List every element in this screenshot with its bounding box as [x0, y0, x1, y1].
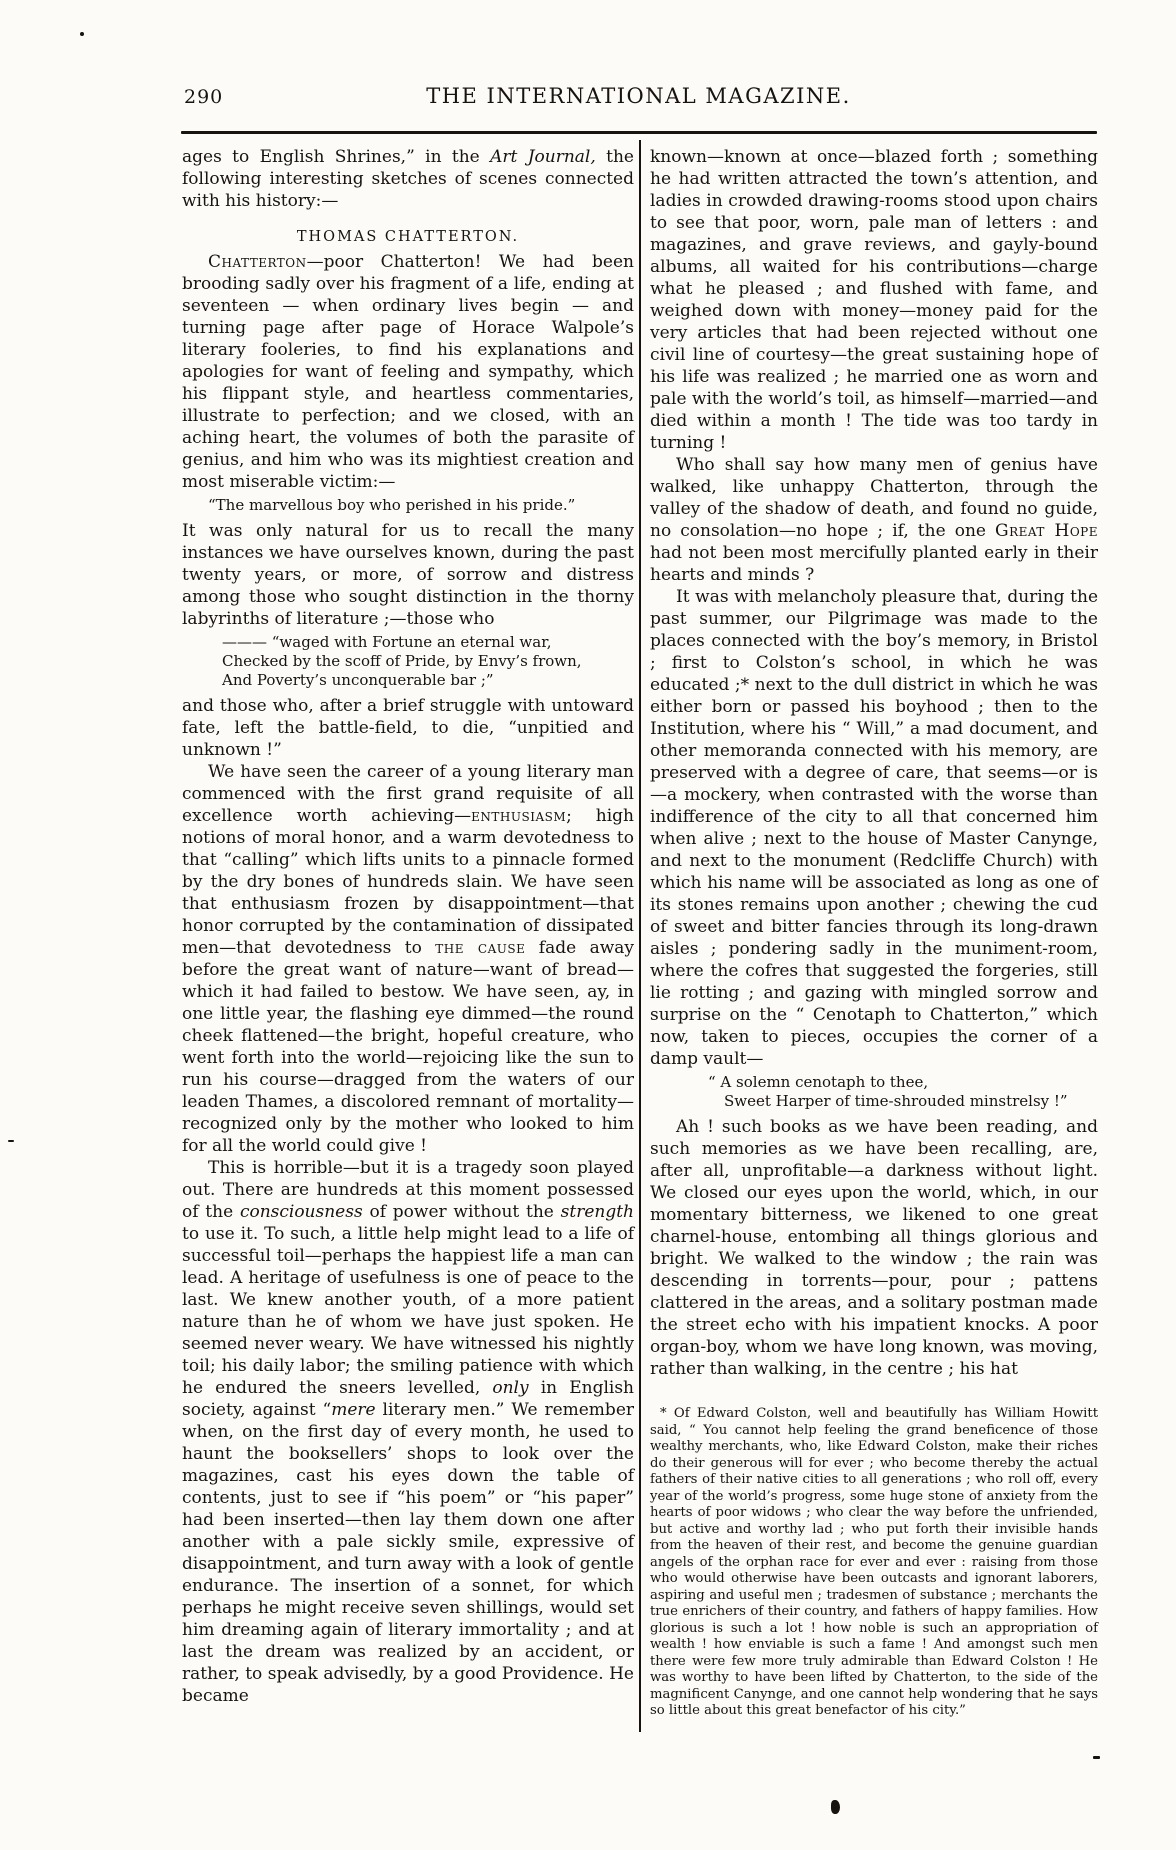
ink-speck — [8, 1140, 14, 1142]
text-run: Ah ! such books as we have been reading,… — [650, 1117, 1098, 1379]
text-run: * Of Edward Colston, well and beautifull… — [650, 1406, 1098, 1718]
text-run: and those who, after a brief struggle wi… — [182, 696, 634, 760]
italic-run: mere — [331, 1400, 375, 1420]
text-run: “ A solemn cenotaph to thee, — [708, 1073, 928, 1091]
italic-run: consciousness — [240, 1202, 363, 1222]
ink-speck — [831, 1800, 840, 1814]
paragraph: and those who, after a brief struggle wi… — [182, 695, 634, 761]
italic-run: strength — [561, 1202, 634, 1222]
paragraph: ages to English Shrines,” in the Art Jou… — [182, 146, 634, 212]
text-run: Sweet Harper of time-shrouded minstrelsy… — [724, 1092, 1068, 1110]
text-run: It was only natural for us to recall the… — [182, 521, 634, 629]
text-run: fade away before the great want of natur… — [182, 938, 634, 1156]
verse-line: Checked by the scoff of Pride, by Envy’s… — [182, 652, 634, 671]
text-columns: ages to English Shrines,” in the Art Jou… — [182, 146, 1098, 1720]
italic-run: Art Journal, — [490, 147, 596, 167]
text-run: —poor Chatterton! We had been brooding s… — [182, 252, 634, 492]
paragraph: known—known at once—blazed forth ; somet… — [650, 146, 1098, 454]
smallcaps-run: Great Hope — [995, 521, 1098, 541]
text-run: ; high notions of moral honor, and a war… — [182, 806, 634, 958]
text-run: of power without the — [363, 1202, 561, 1222]
smallcaps-run: enthusiasm — [471, 806, 566, 826]
ink-speck — [1093, 1756, 1100, 1759]
verse-line: “ A solemn cenotaph to thee, — [650, 1073, 1098, 1092]
text-run: had not been most mercifully planted ear… — [650, 543, 1098, 585]
paragraph: We have seen the career of a young liter… — [182, 761, 634, 1157]
ink-speck — [80, 32, 84, 36]
italic-run: only — [492, 1378, 528, 1398]
paragraph: It was only natural for us to recall the… — [182, 520, 634, 630]
text-run: known—known at once—blazed forth ; somet… — [650, 147, 1098, 453]
section-heading: THOMAS CHATTERTON. — [182, 226, 634, 248]
text-run: ages to English Shrines,” in the — [182, 147, 490, 167]
verse-quote: “ A solemn cenotaph to thee,Sweet Harper… — [650, 1073, 1098, 1111]
smallcaps-run: the cause — [435, 938, 525, 958]
right-column: known—known at once—blazed forth ; somet… — [650, 146, 1098, 1720]
text-run: Checked by the scoff of Pride, by Envy’s… — [222, 652, 582, 670]
text-run: THOMAS CHATTERTON. — [297, 229, 519, 245]
smallcaps-run: Chatterton — [208, 252, 307, 272]
paragraph: Chatterton—poor Chatterton! We had been … — [182, 251, 634, 493]
footnote: * Of Edward Colston, well and beautifull… — [650, 1406, 1098, 1720]
header-rule — [181, 131, 1097, 134]
verse-line: Sweet Harper of time-shrouded minstrelsy… — [650, 1092, 1098, 1111]
verse-line: ——— “waged with Fortune an eternal war, — [182, 633, 634, 652]
verse-line: And Poverty’s unconquerable bar ;” — [182, 671, 634, 690]
text-run: It was with melancholy pleasure that, du… — [650, 587, 1098, 1069]
paragraph: It was with melancholy pleasure that, du… — [650, 586, 1098, 1070]
text-run: to use it. To such, a little help might … — [182, 1224, 634, 1398]
text-run: literary men.” We remember when, on the … — [182, 1400, 634, 1706]
page: 290 THE INTERNATIONAL MAGAZINE. ages to … — [0, 0, 1176, 1850]
text-run: ——— “waged with Fortune an eternal war, — [222, 633, 552, 651]
text-run: And Poverty’s unconquerable bar ;” — [222, 671, 494, 689]
text-run: “The marvellous boy who perished in his … — [208, 496, 575, 514]
paragraph: Ah ! such books as we have been reading,… — [650, 1116, 1098, 1380]
inline-quote: “The marvellous boy who perished in his … — [182, 496, 634, 515]
paragraph: Who shall say how many men of genius hav… — [650, 454, 1098, 586]
paragraph: This is horrible—but it is a tragedy soo… — [182, 1157, 634, 1707]
verse-quote: ——— “waged with Fortune an eternal war,C… — [182, 633, 634, 690]
magazine-title: THE INTERNATIONAL MAGAZINE. — [182, 84, 1095, 108]
left-column: ages to English Shrines,” in the Art Jou… — [182, 146, 634, 1720]
